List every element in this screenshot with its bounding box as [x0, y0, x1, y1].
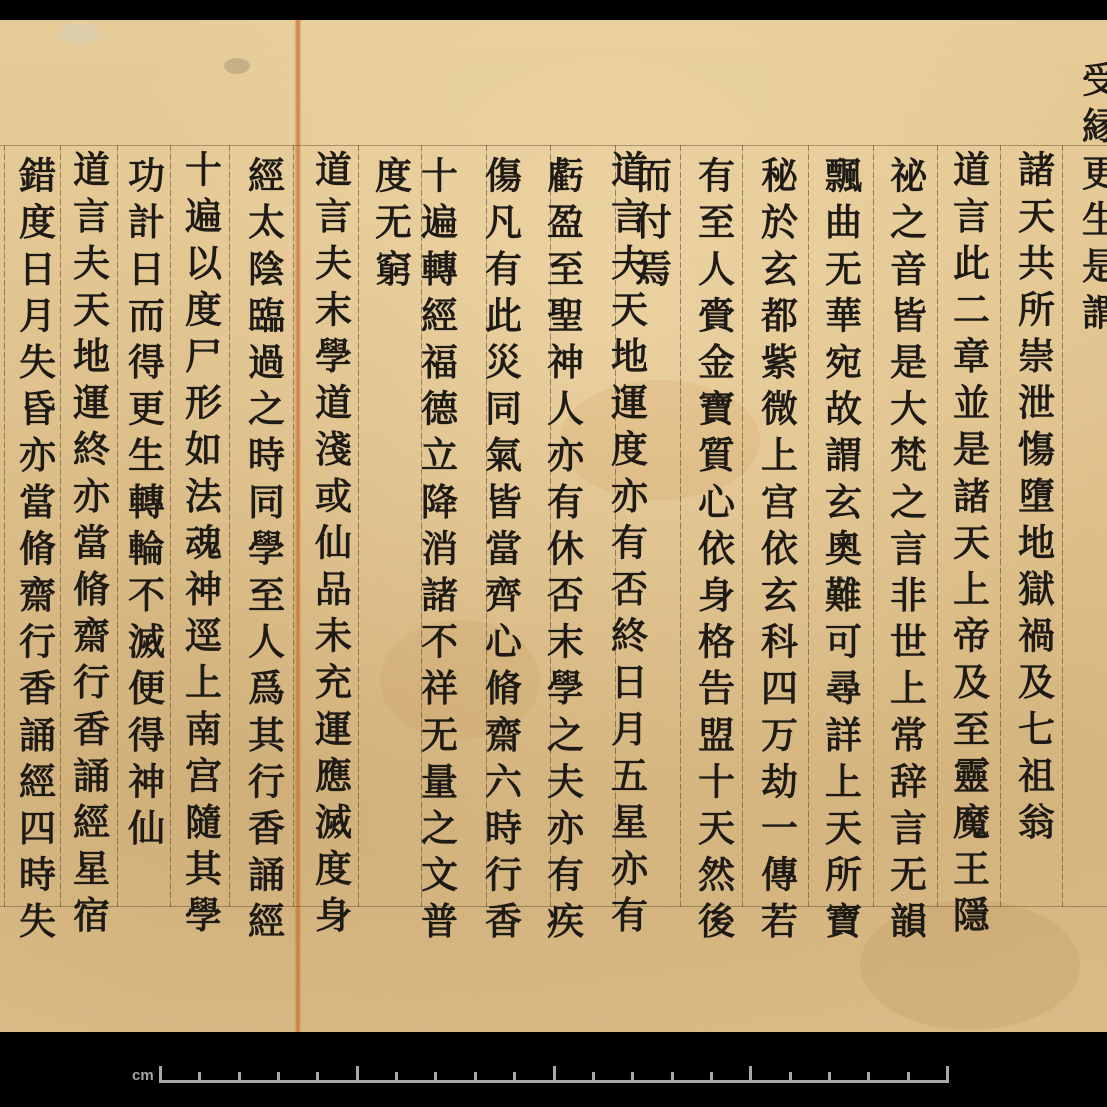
column-rule [1000, 145, 1001, 907]
scale-minor-tick [434, 1072, 437, 1083]
scale-unit-label: cm [132, 1067, 154, 1084]
text-column: 道言夫天地運終亦當脩齋行香誦經星宿 [70, 150, 107, 942]
column-rule [4, 145, 5, 907]
text-column: 道言夫天地運度亦有否終日月五星亦有 [608, 150, 645, 942]
text-column: 飄曲无華宛故謂玄奧難可尋詳上天所寶 [822, 156, 859, 948]
scale-minor-tick [631, 1072, 634, 1083]
scale-major-tick [356, 1066, 359, 1083]
column-rule [808, 145, 809, 907]
text-column: 傷凡有此災同氣皆當齊心脩齋六時行香 [482, 156, 519, 948]
text-column: 錯度日月失昏亦當脩齋行香誦經四時失 [16, 156, 53, 948]
column-rule [117, 145, 118, 907]
text-column: 道言夫末學道淺或仙品未充運應滅度身 [312, 150, 349, 942]
manuscript-viewer: 受縁更生是謂 諸天共所崇泄慯墮地獄禍及七祖翁 道言此二章並是諸天上帝及至靈魔王隱… [0, 0, 1107, 1107]
scale-minor-tick [238, 1072, 241, 1083]
text-column: 度无窮 [372, 156, 409, 296]
scale-minor-tick [789, 1072, 792, 1083]
text-column: 虧盈至聖神人亦有休否末學之夫亦有疾 [544, 156, 581, 948]
scale-minor-tick [710, 1072, 713, 1083]
text-column: 有至人賫金寶質心依身格告盟十天然後 [695, 156, 732, 948]
scale-major-tick [553, 1066, 556, 1083]
column-rule [873, 145, 874, 907]
scale-minor-tick [513, 1072, 516, 1083]
column-rule [937, 145, 938, 907]
text-column-partial: 受縁更生是謂 [1079, 60, 1107, 340]
scale-minor-tick [395, 1072, 398, 1083]
scale-major-tick [159, 1066, 162, 1083]
scale-minor-tick [592, 1072, 595, 1083]
scale-minor-tick [828, 1072, 831, 1083]
scale-minor-tick [671, 1072, 674, 1083]
column-rule [742, 145, 743, 907]
scale-minor-tick [277, 1072, 280, 1083]
column-rule [358, 145, 359, 907]
scale-minor-tick [474, 1072, 477, 1083]
column-rule [1062, 145, 1063, 907]
scale-minor-tick [867, 1072, 870, 1083]
top-ruling-line [0, 145, 1107, 146]
column-rule [293, 145, 294, 907]
scale-minor-tick [907, 1072, 910, 1083]
column-rule [229, 145, 230, 907]
scale-major-tick [946, 1066, 949, 1083]
text-column: 十遍轉經福德立降消諸不祥无量之文普 [418, 156, 455, 948]
paper-join-seam [294, 20, 301, 1032]
column-rule [170, 145, 171, 907]
column-rule [680, 145, 681, 907]
text-column: 祕之音皆是大梵之言非世上常辞言无韻 [887, 156, 924, 948]
scale-minor-tick [316, 1072, 319, 1083]
text-column: 諸天共所崇泄慯墮地獄禍及七祖翁 [1015, 150, 1052, 849]
text-column: 秘於玄都紫微上宫依玄科四万劫一傳若 [758, 156, 795, 948]
text-column: 功計日而得更生轉輪不滅便得神仙 [125, 156, 162, 855]
scale-major-tick [749, 1066, 752, 1083]
text-column: 道言此二章並是諸天上帝及至靈魔王隱 [950, 150, 987, 942]
text-column: 經太陰臨過之時同學至人爲其行香誦經 [245, 156, 282, 948]
text-column: 十遍以度尸形如法魂神逕上南宫隨其學 [182, 150, 219, 942]
scale-minor-tick [198, 1072, 201, 1083]
column-rule [60, 145, 61, 907]
